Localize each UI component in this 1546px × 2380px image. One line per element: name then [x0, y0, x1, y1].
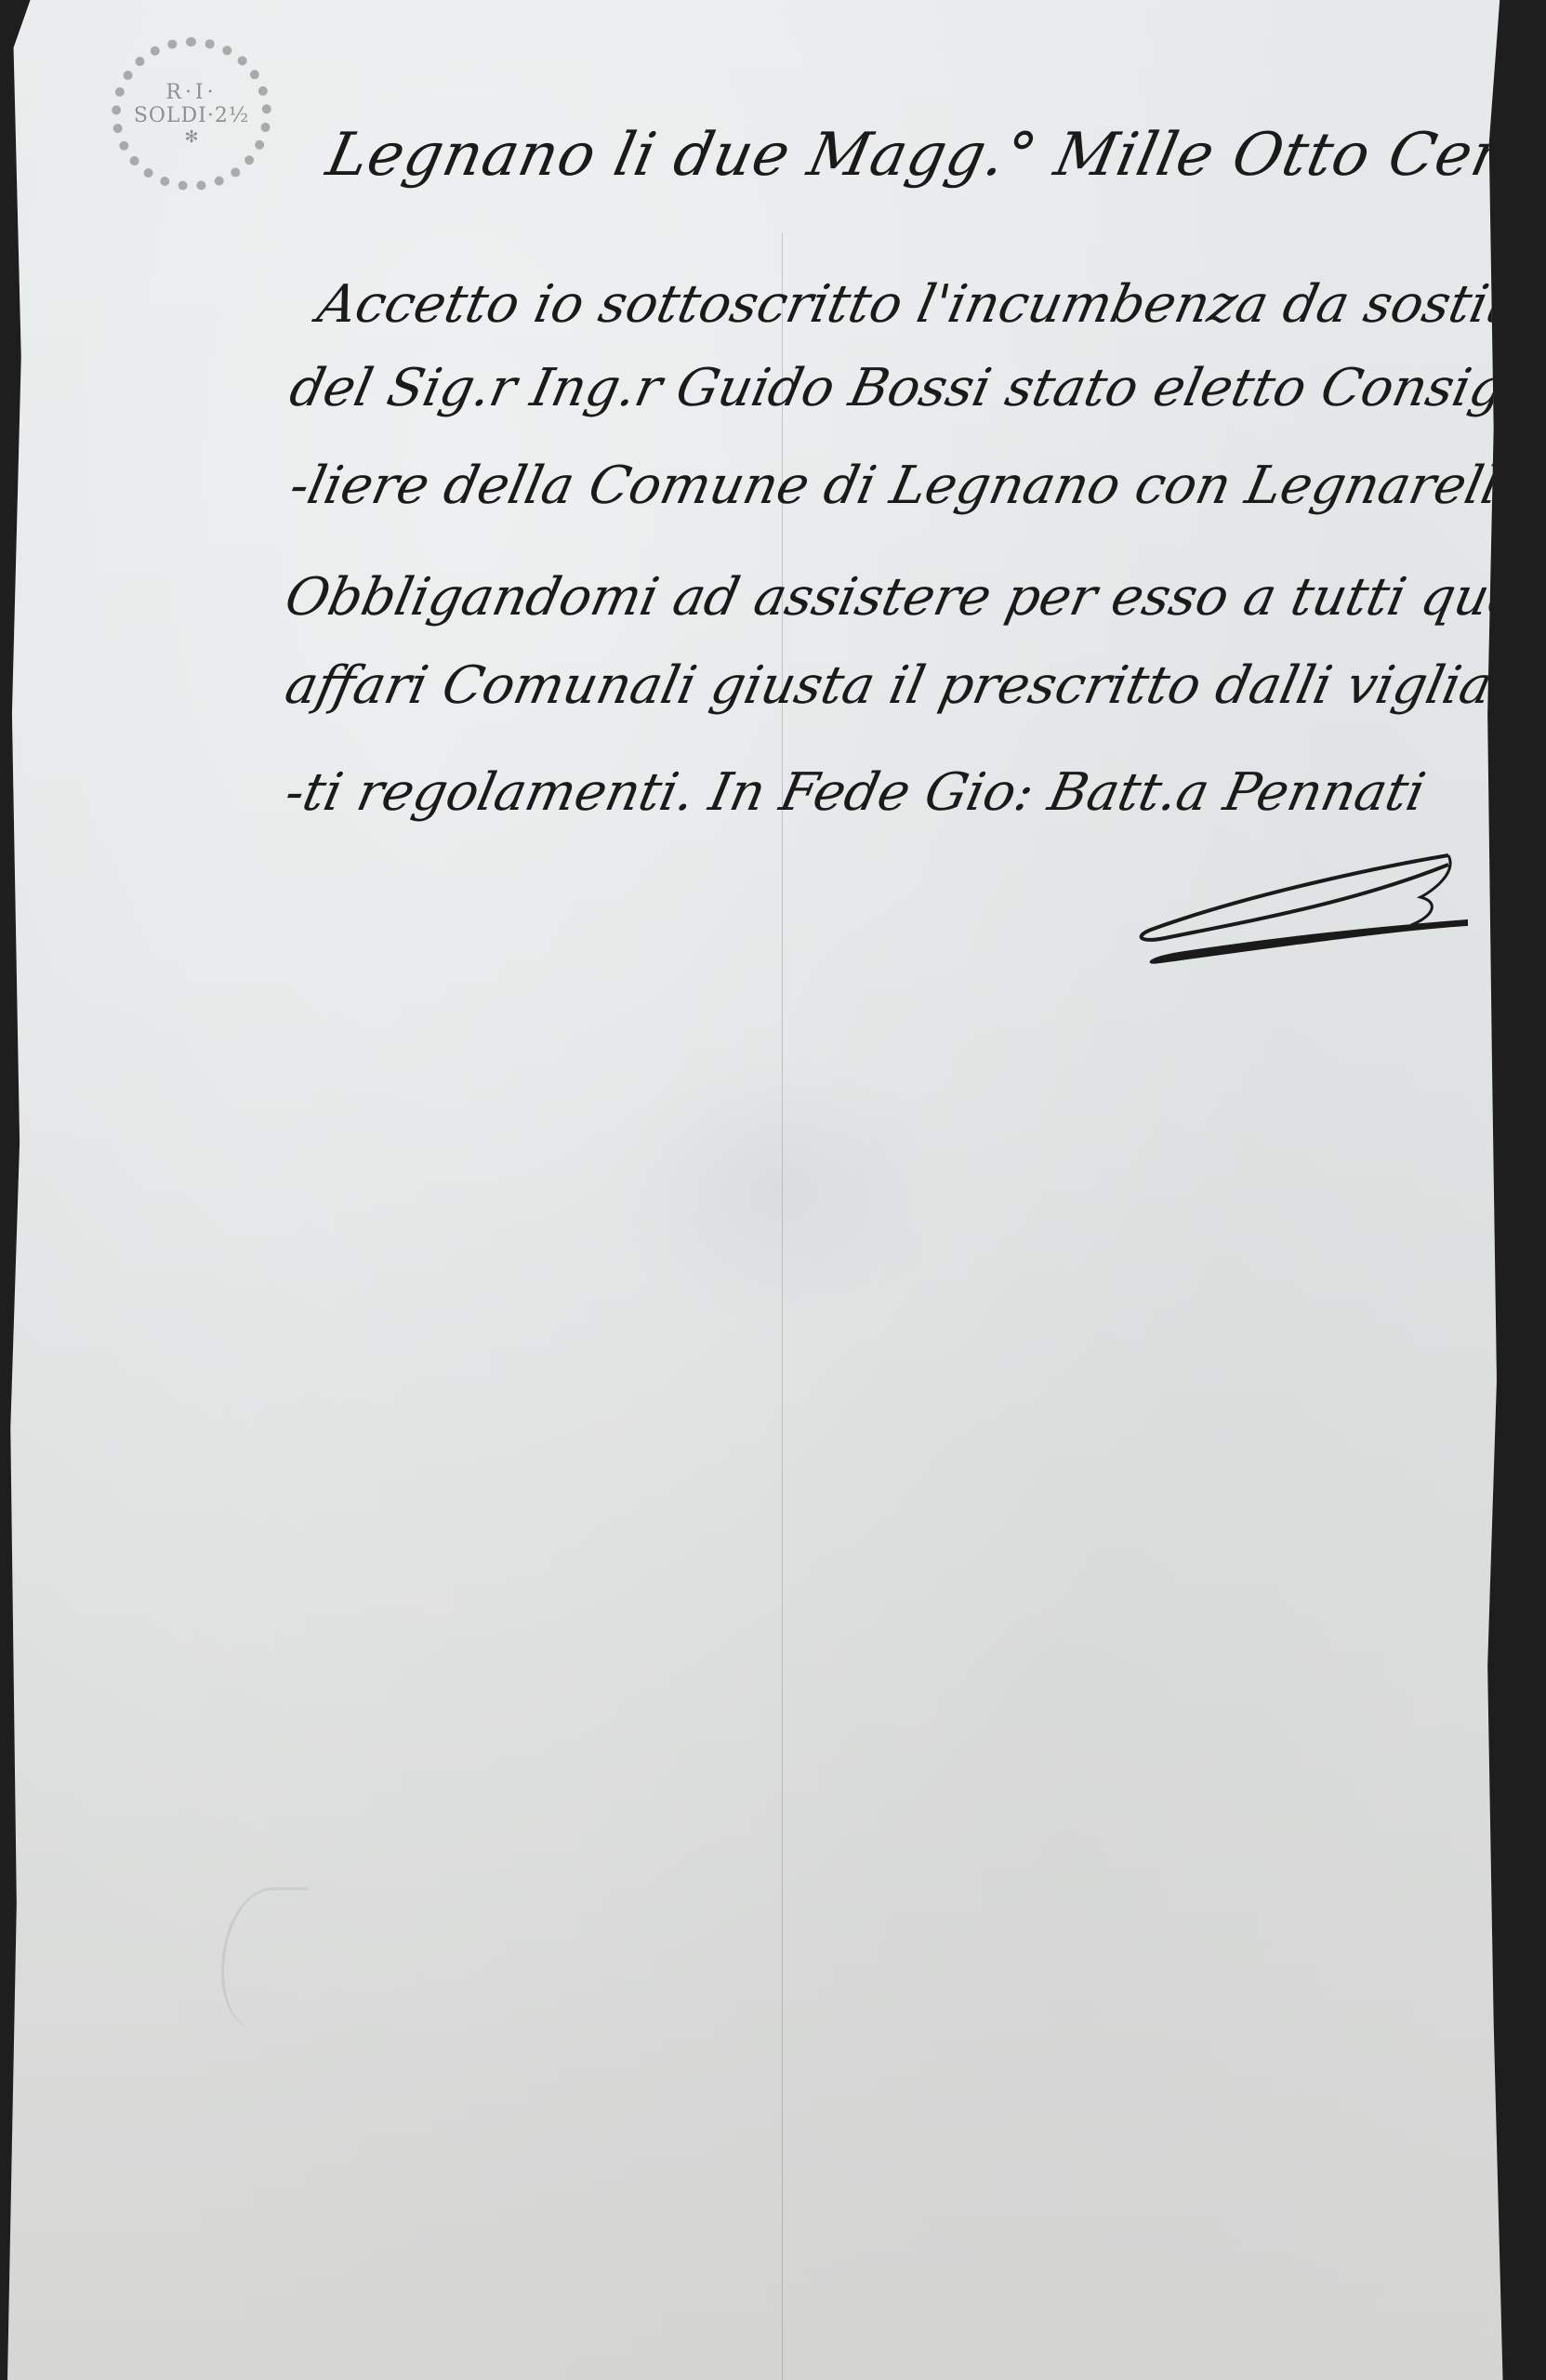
body-line-2: del Sig.r Ing.r Guido Bossi stato eletto… — [284, 358, 1527, 418]
stamp-line-1: R·I· — [165, 81, 217, 104]
stamp-line-2: SOLDI·2½ — [134, 104, 249, 127]
body-line-4: Obbligandomi ad assistere per esso a tut… — [280, 567, 1546, 628]
body-line-3: -liere della Comune di Legnano con Legna… — [284, 456, 1546, 516]
stamp-ornament-icon: ✻ — [184, 127, 198, 147]
body-line-6-with-signature: -ti regolamenti. In Fede Gio: Batt.a Pen… — [280, 762, 1431, 823]
date-line: Legnano li due Magg.° Mille Otto Cento D… — [321, 121, 1546, 190]
paper-sheet: R·I· SOLDI·2½ ✻ Legnano li due Magg.° Mi… — [7, 0, 1530, 2380]
document-scan: R·I· SOLDI·2½ ✻ Legnano li due Magg.° Mi… — [0, 0, 1546, 2380]
body-line-1: Accetto io sottoscritto l'incumbenza da … — [312, 274, 1546, 335]
watermark — [602, 1051, 956, 1329]
faint-corner-mark — [221, 1887, 308, 2030]
body-line-5: affari Comunali giusta il prescritto dal… — [280, 655, 1546, 716]
signature-flourish-icon — [1114, 827, 1486, 967]
tax-stamp: R·I· SOLDI·2½ ✻ — [112, 37, 271, 191]
